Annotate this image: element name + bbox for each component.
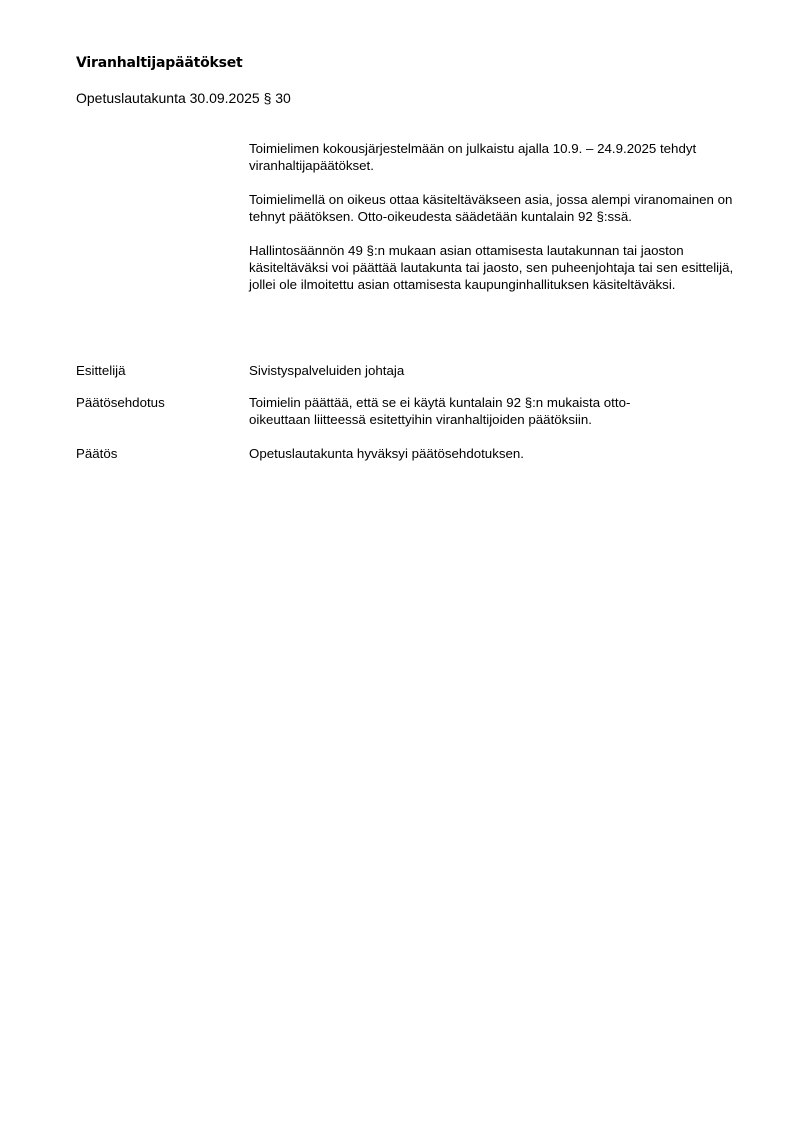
field-label: Esittelijä — [76, 362, 246, 379]
paragraph-publication: Toimielimen kokousjärjestelmään on julka… — [249, 140, 739, 174]
document-title: Viranhaltijapäätökset — [76, 55, 243, 71]
field-label: Päätösehdotus — [76, 394, 246, 411]
field-value: Toimielin päättää, että se ei käytä kunt… — [249, 394, 689, 428]
meeting-reference: Opetuslautakunta 30.09.2025 § 30 — [76, 90, 291, 106]
paragraph-right-of-review: Toimielimellä on oikeus ottaa käsiteltäv… — [249, 191, 739, 225]
field-label: Päätös — [76, 445, 246, 462]
field-value: Opetuslautakunta hyväksyi päätösehdotuks… — [249, 445, 689, 462]
body-text: Toimielimen kokousjärjestelmään on julka… — [249, 140, 739, 310]
field-value: Sivistyspalveluiden johtaja — [249, 362, 689, 379]
paragraph-administrative-rule: Hallintosäännön 49 §:n mukaan asian otta… — [249, 242, 739, 293]
